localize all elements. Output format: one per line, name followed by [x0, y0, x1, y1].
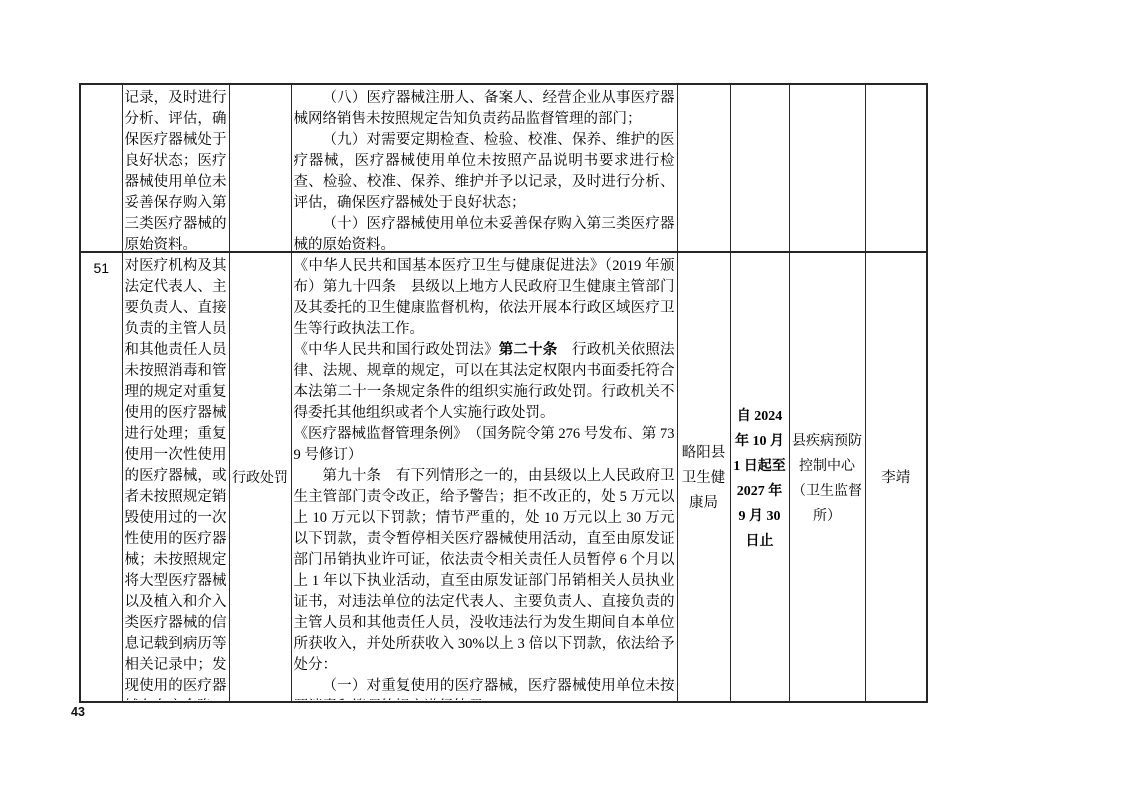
contact-cell-empty [865, 84, 927, 252]
violation-cell: 对医疗机构及其法定代表人、主要负责人、直接负责的主管人员和其他责任人员未按照消毒… [122, 252, 229, 702]
entrust-period: 自 2024 年 10 月 1 日起至 2027 年 9 月 30 日止 [730, 252, 789, 702]
basis-paragraph: 《中华人民共和国行政处罚法》第二十条 行政机关依照法律、法规、规章的规定，可以在… [294, 340, 675, 424]
legal-basis-cell: 《中华人民共和国基本医疗卫生与健康促进法》（2019 年颁布）第九十四条 县级以… [291, 252, 677, 702]
basis-article-bold: 第二十条 [499, 342, 558, 358]
basis-paragraph: 《医疗器械监督管理条例》 （国务院令第 276 号发布、第 739 号修订） [294, 424, 675, 466]
legal-basis-text: （八）医疗器械注册人、备案人、经营企业从事医疗器械网络销售未按照规定告知负责药品… [294, 88, 675, 250]
entrusted-agency-cell-empty [789, 84, 865, 252]
seq-cell-empty [80, 84, 122, 252]
table-row-51: 51 对医疗机构及其法定代表人、主要负责人、直接负责的主管人员和其他责任人员未按… [80, 252, 927, 702]
basis-paragraph: （一）对重复使用的医疗器械，医疗器械使用单位未按照消毒和管理的规定进行处理； [294, 676, 675, 700]
entrusted-agency: 县疾病预防控制中心（卫生监督所） [789, 252, 865, 702]
penalty-type: 行政处罚 [229, 252, 291, 702]
seq-number: 51 [80, 252, 122, 702]
document-page: 记录，及时进行分析、评估，确保医疗器械处于良好状态；医疗器械使用单位未妥善保存购… [0, 0, 1122, 793]
page-number: 43 [71, 705, 85, 719]
violation-text: 记录，及时进行分析、评估，确保医疗器械处于良好状态；医疗器械使用单位未妥善保存购… [125, 88, 227, 250]
penalty-type-cell-empty [229, 84, 291, 252]
basis-paragraph: 第九十条 有下列情形之一的，由县级以上人民政府卫生主管部门责令改正，给予警告；拒… [294, 466, 675, 676]
table-row-continuation: 记录，及时进行分析、评估，确保医疗器械处于良好状态；医疗器械使用单位未妥善保存购… [80, 84, 927, 252]
basis-paragraph: 《中华人民共和国基本医疗卫生与健康促进法》（2019 年颁布）第九十四条 县级以… [294, 256, 675, 340]
violation-text: 对医疗机构及其法定代表人、主要负责人、直接负责的主管人员和其他责任人员未按照消毒… [125, 256, 227, 700]
entrust-period-cell-empty [730, 84, 789, 252]
contact-person: 李靖 [865, 252, 927, 702]
enforcement-items-table: 记录，及时进行分析、评估，确保医疗器械处于良好状态；医疗器械使用单位未妥善保存购… [79, 83, 928, 703]
basis-paragraph: （十）医疗器械使用单位未妥善保存购入第三类医疗器械的原始资料。 [294, 214, 675, 250]
implementing-agency-cell-empty [677, 84, 730, 252]
basis-paragraph: （八）医疗器械注册人、备案人、经营企业从事医疗器械网络销售未按照规定告知负责药品… [294, 88, 675, 130]
legal-basis-cell: （八）医疗器械注册人、备案人、经营企业从事医疗器械网络销售未按照规定告知负责药品… [291, 84, 677, 252]
legal-basis-text: 《中华人民共和国基本医疗卫生与健康促进法》（2019 年颁布）第九十四条 县级以… [294, 256, 675, 700]
implementing-agency: 略阳县卫生健康局 [677, 252, 730, 702]
basis-paragraph: （九）对需要定期检查、检验、校准、保养、维护的医疗器械，医疗器械使用单位未按照产… [294, 130, 675, 214]
basis-law-title: 《中华人民共和国行政处罚法》 [294, 342, 499, 358]
violation-cell: 记录，及时进行分析、评估，确保医疗器械处于良好状态；医疗器械使用单位未妥善保存购… [122, 84, 229, 252]
